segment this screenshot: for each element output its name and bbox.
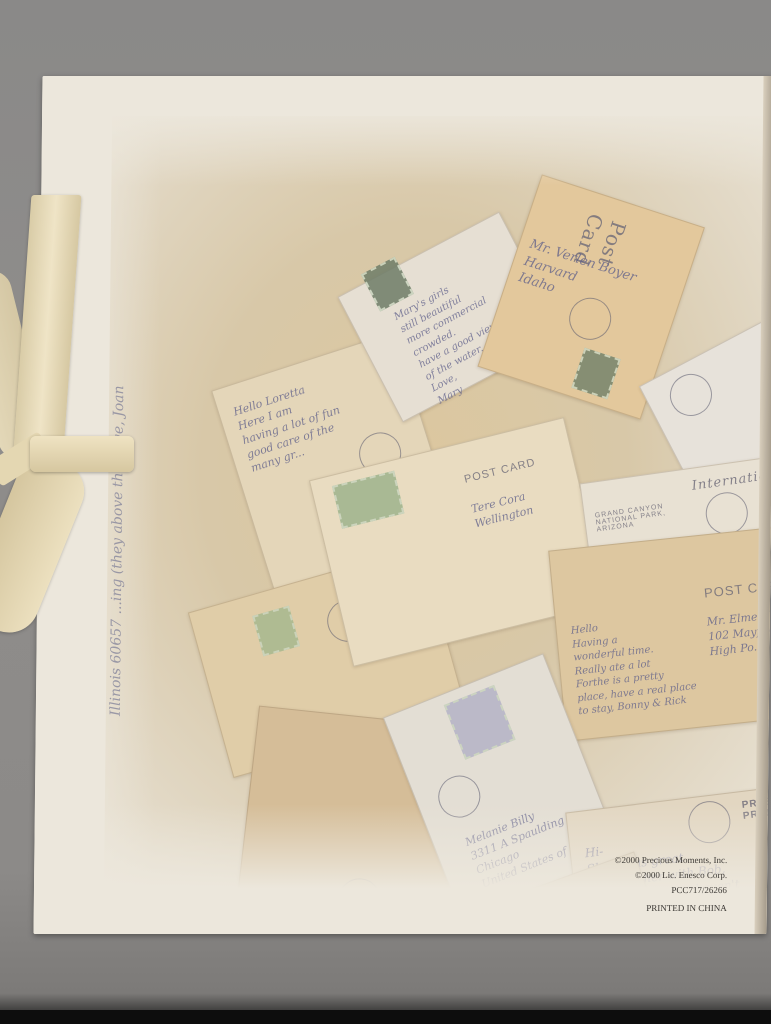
- copyright-imprint: ©2000 Precious Moments, Inc. ©2000 Lic. …: [614, 853, 727, 916]
- postcard-collage: Hello Loretta Here I am having a lot of …: [104, 116, 771, 896]
- stamp-icon: [444, 685, 516, 760]
- copyright-line-2: ©2000 Lic. Enesco Corp.: [635, 870, 727, 880]
- stamp-icon: [332, 471, 404, 529]
- ribbon-bow-knot[interactable]: [30, 436, 134, 472]
- book-back-cover: Hello Loretta Here I am having a lot of …: [34, 76, 771, 934]
- stamp-icon: [571, 348, 620, 400]
- printed-in-china: PRINTED IN CHINA: [614, 901, 727, 916]
- postmark-icon: [663, 367, 720, 424]
- postcard-elmer: POST CARD Hello Having a wonderful time.…: [548, 522, 771, 741]
- copyright-line-1: ©2000 Precious Moments, Inc.: [615, 855, 728, 865]
- stamp-icon: [252, 606, 300, 657]
- product-code: PCC717/26266: [671, 885, 727, 895]
- table-shadow-edge: [0, 1010, 771, 1024]
